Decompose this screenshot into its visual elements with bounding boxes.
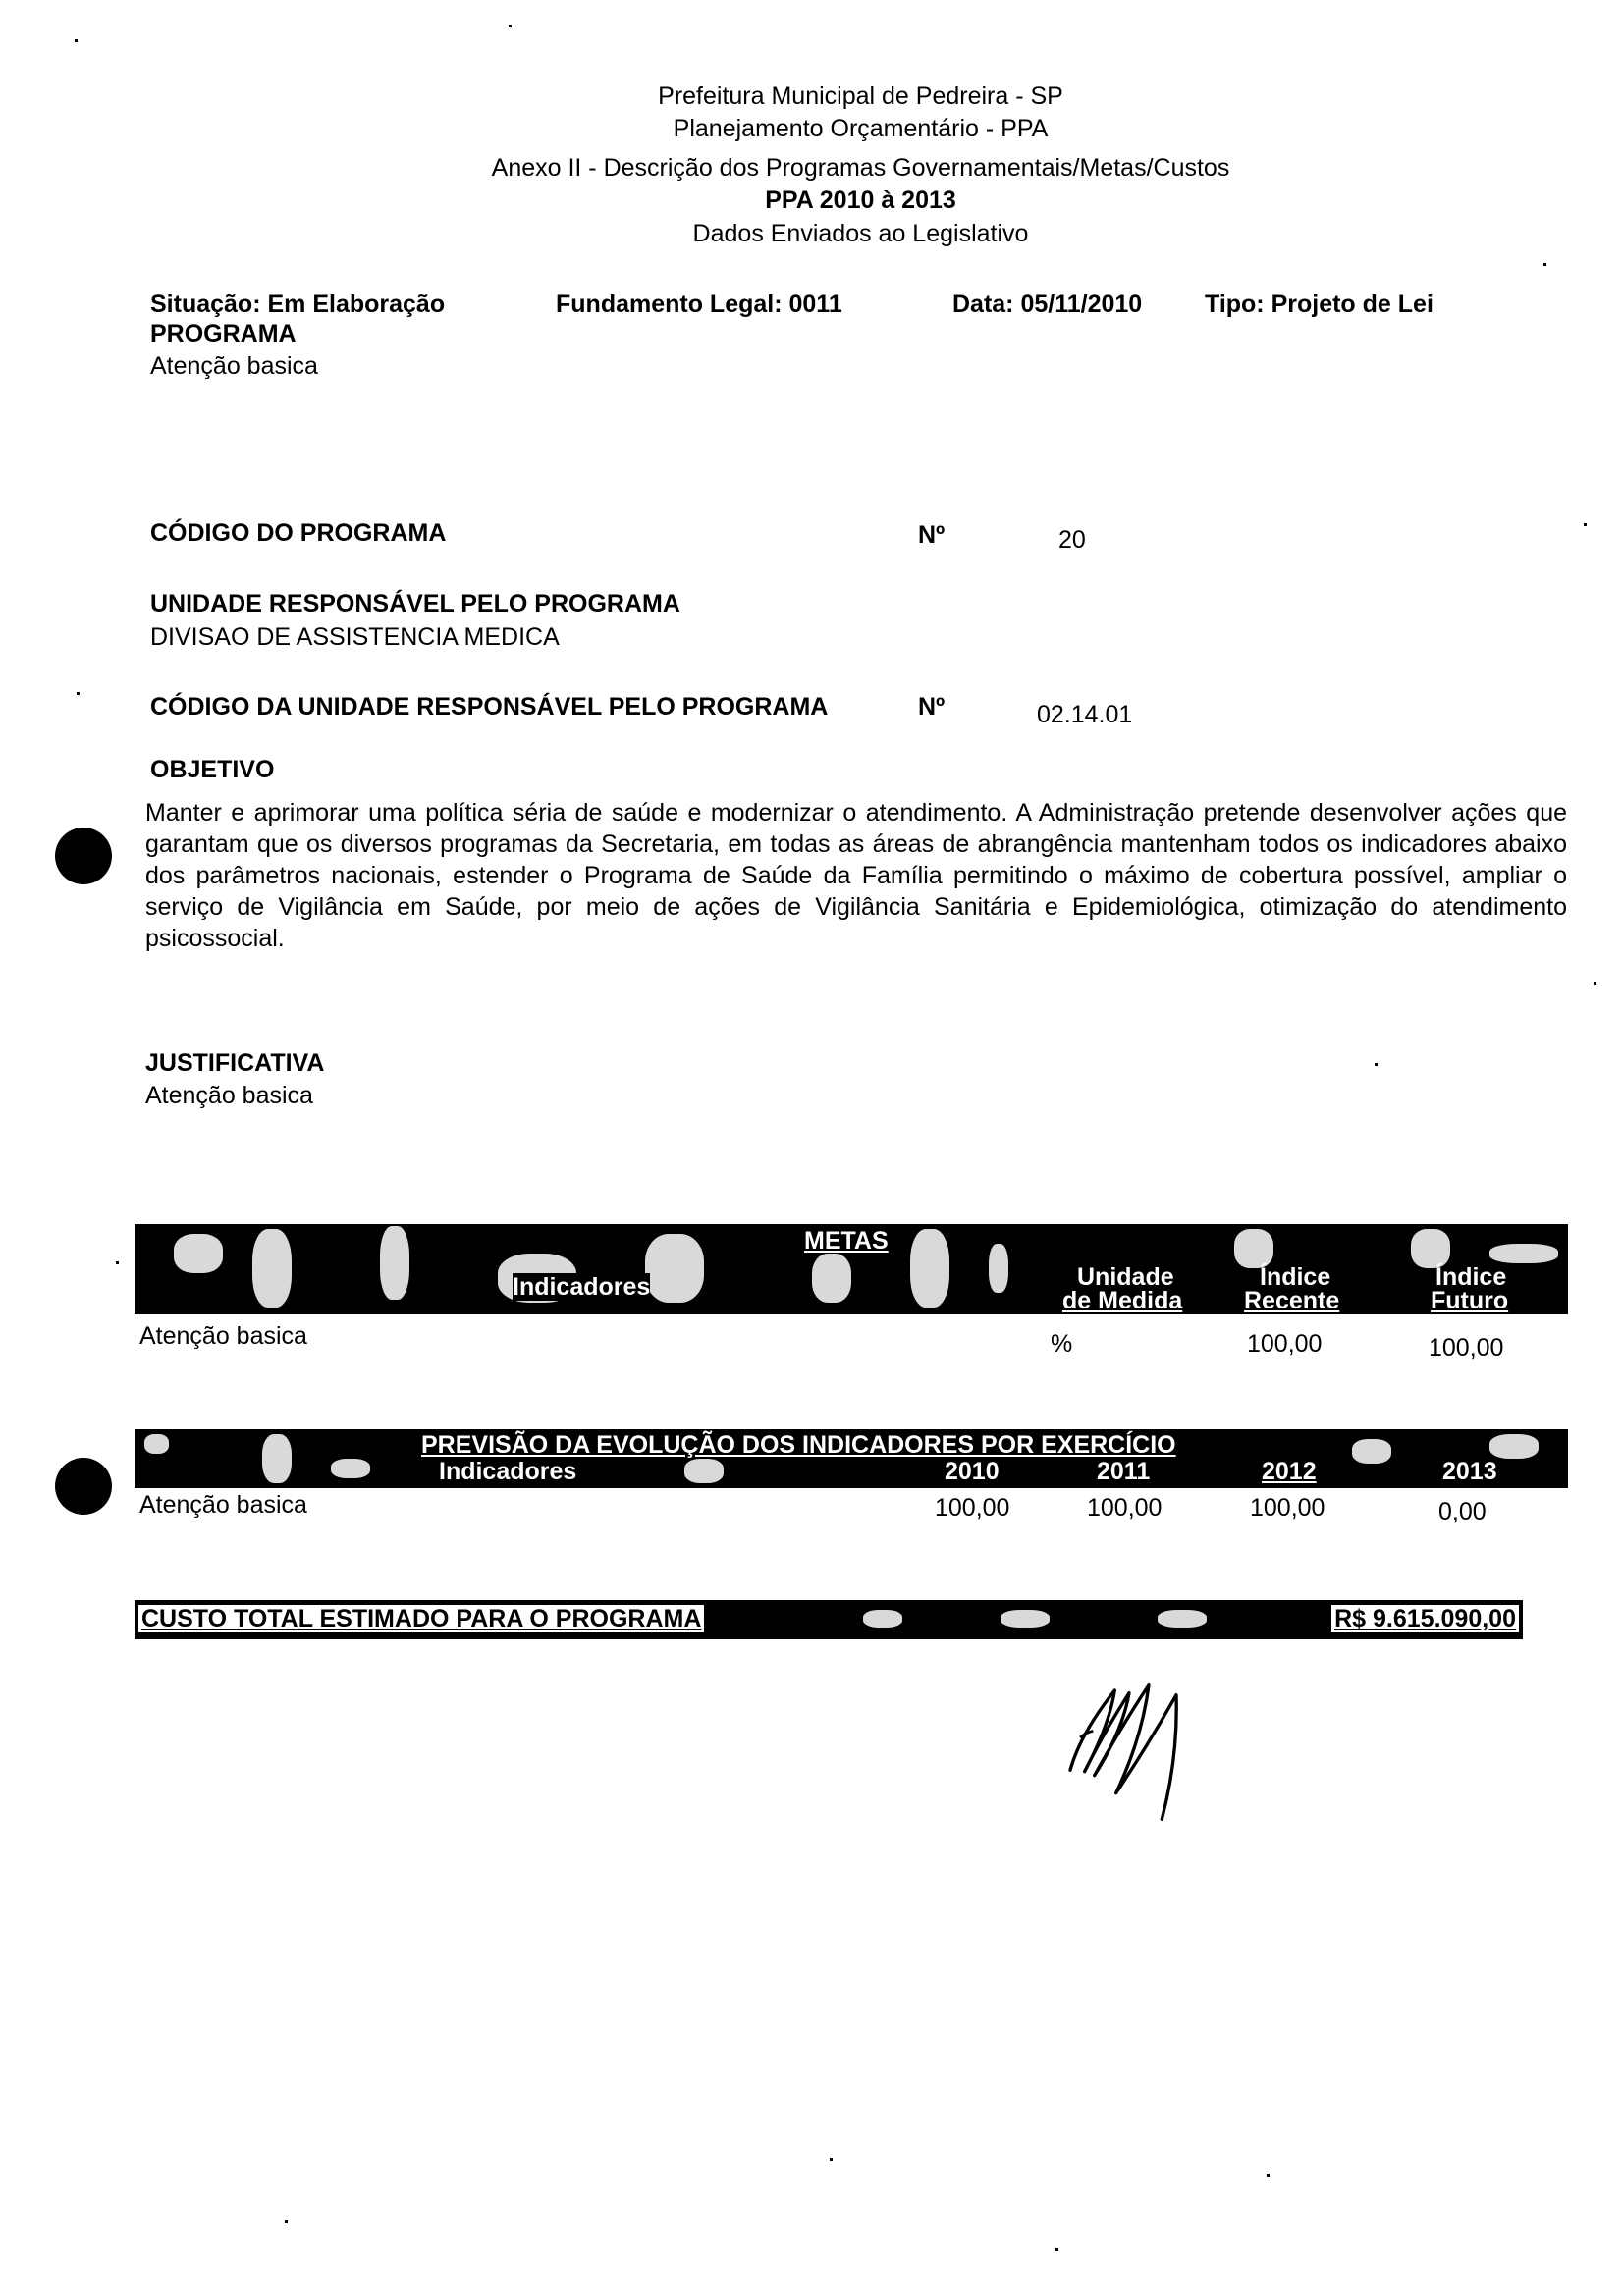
previsao-col-2012: 2012 [1262, 1458, 1317, 1485]
metas-col-recente-l2: Recente [1244, 1287, 1339, 1314]
header-planning: Planejamento Orçamentário - PPA [0, 114, 1623, 143]
previsao-col-indicadores: Indicadores [439, 1458, 576, 1485]
previsao-row-2011: 100,00 [1087, 1493, 1162, 1522]
signature-scribble [1031, 1639, 1227, 1875]
previsao-col-2010: 2010 [945, 1458, 1000, 1485]
codigo-unidade-label: CÓDIGO DA UNIDADE RESPONSÁVEL PELO PROGR… [150, 692, 828, 721]
situacao-field: Situação: Em Elaboração [150, 290, 445, 319]
previsao-col-2013: 2013 [1442, 1458, 1497, 1485]
scan-speck [116, 1261, 119, 1264]
header-ppa-period: PPA 2010 à 2013 [0, 186, 1623, 215]
scan-speck [1594, 982, 1596, 985]
metas-row-indicador: Atenção basica [139, 1321, 307, 1351]
metas-row-indice-recente: 100,00 [1247, 1329, 1322, 1359]
metas-col-indicadores: Indicadores [513, 1273, 650, 1301]
scan-speck [1543, 263, 1546, 266]
data-field: Data: 05/11/2010 [952, 290, 1142, 319]
scan-speck [830, 2158, 833, 2161]
metas-col-unidade-l2: de Medida [1062, 1287, 1182, 1314]
previsao-row-2010: 100,00 [935, 1493, 1009, 1522]
codigo-programa-label: CÓDIGO DO PROGRAMA [150, 518, 446, 548]
objetivo-label: OBJETIVO [150, 755, 274, 784]
metas-col-futuro-l2: Futuro [1431, 1287, 1508, 1314]
header-annex: Anexo II - Descrição dos Programas Gover… [0, 153, 1623, 183]
scan-speck [509, 25, 512, 27]
programa-label: PROGRAMA [150, 319, 297, 348]
justificativa-label: JUSTIFICATIVA [145, 1048, 324, 1078]
previsao-row-indicador: Atenção basica [139, 1490, 307, 1520]
scan-speck [285, 2220, 288, 2223]
scan-speck [77, 692, 80, 695]
codigo-unidade-no-label: Nº [918, 692, 945, 721]
fundamento-legal-field: Fundamento Legal: 0011 [556, 290, 842, 319]
programa-value: Atenção basica [150, 351, 318, 381]
header-legislative: Dados Enviados ao Legislativo [0, 219, 1623, 248]
objetivo-text: Manter e aprimorar uma política séria de… [145, 797, 1567, 954]
scan-speck [75, 39, 78, 42]
header-municipality: Prefeitura Municipal de Pedreira - SP [0, 81, 1623, 111]
justificativa-value: Atenção basica [145, 1081, 313, 1110]
metas-title: METAS [804, 1227, 889, 1255]
previsao-header-bar: PREVISÃO DA EVOLUÇÃO DOS INDICADORES POR… [135, 1429, 1568, 1488]
codigo-unidade-value: 02.14.01 [1037, 700, 1132, 729]
punch-hole-lower [55, 1458, 112, 1515]
previsao-title: PREVISÃO DA EVOLUÇÃO DOS INDICADORES POR… [421, 1431, 1176, 1459]
codigo-programa-value: 20 [1058, 525, 1086, 555]
scan-speck [1267, 2174, 1270, 2177]
punch-hole-upper [55, 828, 112, 884]
tipo-field: Tipo: Projeto de Lei [1205, 290, 1434, 319]
scan-speck [1055, 2248, 1058, 2251]
scan-speck [1584, 523, 1587, 526]
unidade-responsavel-label: UNIDADE RESPONSÁVEL PELO PROGRAMA [150, 589, 680, 618]
custo-total-bar: CUSTO TOTAL ESTIMADO PARA O PROGRAMA R$ … [135, 1600, 1523, 1639]
metas-header-bar: METAS Indicadores Unidade de Medida Índi… [135, 1224, 1568, 1314]
metas-row-unidade: % [1051, 1329, 1072, 1359]
scan-speck [1375, 1063, 1378, 1066]
previsao-col-2011: 2011 [1097, 1458, 1150, 1485]
metas-row-indice-futuro: 100,00 [1429, 1333, 1503, 1362]
custo-total-label: CUSTO TOTAL ESTIMADO PARA O PROGRAMA [138, 1605, 704, 1632]
codigo-programa-no-label: Nº [918, 520, 945, 550]
previsao-row-2012: 100,00 [1250, 1493, 1325, 1522]
custo-total-value: R$ 9.615.090,00 [1331, 1605, 1519, 1632]
unidade-responsavel-value: DIVISAO DE ASSISTENCIA MEDICA [150, 622, 560, 652]
previsao-row-2013: 0,00 [1438, 1497, 1487, 1526]
